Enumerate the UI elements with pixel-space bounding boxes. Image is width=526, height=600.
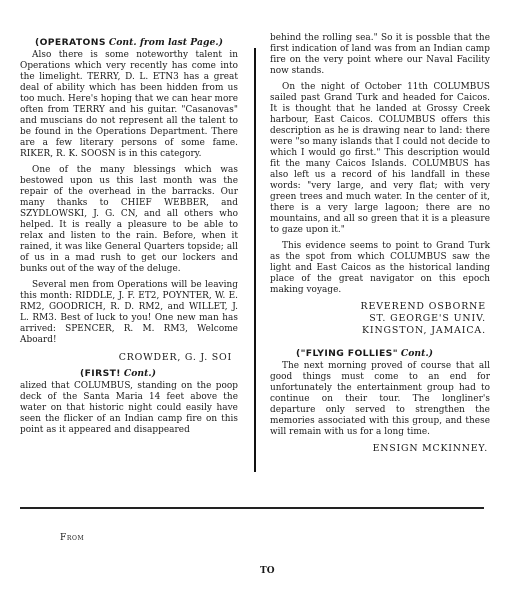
columbus-paragraph: behind the rolling sea." So it is possbl… <box>270 33 490 77</box>
operations-paragraph: Several men from Operations will be leav… <box>20 280 238 346</box>
right-column: behind the rolling sea." So it is possbl… <box>270 33 490 458</box>
mckinney-signature: ENSIGN MCKINNEY. <box>270 443 490 455</box>
column-divider <box>254 48 256 472</box>
osborne-signature: REVEREND OSBORNE ST. GEORGE'S UNIV. KING… <box>270 301 490 337</box>
operations-paragraph: One of the many blessings which was best… <box>20 165 238 275</box>
left-column: (OPERATONS Cont. from last Page.) Also t… <box>20 36 238 441</box>
flying-follies-paragraph: The next morning proved of course that a… <box>270 361 490 438</box>
first-heading-cont: Cont.) <box>124 368 156 379</box>
from-label: From <box>60 533 84 543</box>
columbus-paragraph: This evidence seems to point to Grand Tu… <box>270 241 490 296</box>
flying-follies-heading-cont: Cont.) <box>401 348 433 359</box>
operations-paragraph: Also there is some noteworthy talent in … <box>20 50 238 160</box>
operations-heading-title: (OPERATONS <box>35 37 106 48</box>
first-continuation-paragraph: alized that COLUMBUS, standing on the po… <box>20 381 238 436</box>
operations-heading-cont: Cont. from last Page.) <box>109 37 223 48</box>
signature-line: KINGSTON, JAMAICA. <box>270 325 490 337</box>
signature-line: ST. GEORGE'S UNIV. <box>270 313 490 325</box>
first-heading: (FIRST! Cont.) <box>20 367 238 380</box>
operations-signature: CROWDER, G. J. SOI <box>20 352 238 364</box>
operations-heading: (OPERATONS Cont. from last Page.) <box>20 36 238 49</box>
to-label: TO <box>260 566 275 576</box>
first-heading-title: (FIRST! <box>80 368 121 379</box>
flying-follies-heading-title: ("FLYING FOLLIES" <box>296 348 398 359</box>
flying-follies-heading: ("FLYING FOLLIES" Cont.) <box>270 347 490 360</box>
signature-line: REVEREND OSBORNE <box>270 301 490 313</box>
columbus-paragraph: On the night of October 11th COLUMBUS sa… <box>270 82 490 236</box>
mailing-divider <box>20 507 484 509</box>
